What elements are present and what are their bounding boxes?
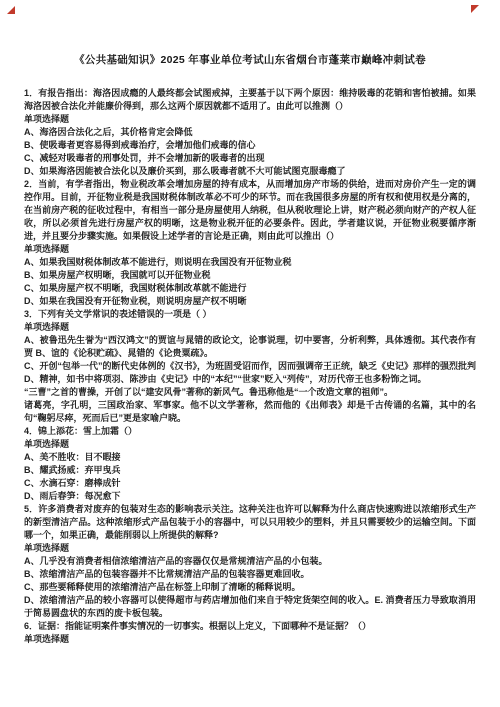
question-option: A、海洛因合法化之后，其价格肯定会降低 — [24, 126, 476, 139]
question-type-label: 单项选择题 — [24, 113, 476, 126]
question-block-6: 6．证据：指能证明案件事实情况的一切事实。根据以上定义，下面哪种不是证据？（） … — [24, 620, 476, 646]
question-option: 诸葛亮，字孔明，三国政治家、军事家。他不以文学著称，然而他的《出师表》却是千古传… — [24, 399, 476, 425]
question-stem: 6．证据：指能证明案件事实情况的一切事实。根据以上定义，下面哪种不是证据？（） — [24, 620, 476, 633]
question-option: D、如果在我国没有开征物业税，则说明房屋产权不明晰 — [24, 295, 476, 308]
question-block-5: 5．许多消费者对废弃的包装对生态的影响表示关注。这种关注也许可以解释为什么商店快… — [24, 503, 476, 620]
exam-paper-page: 《公共基础知识》2025 年事业单位考试山东省烟台市蓬莱市巅峰冲刺试卷 1．有报… — [0, 0, 500, 707]
question-option: D、雨后春笋：每况愈下 — [24, 490, 476, 503]
question-option: B、浓缩清洁产品的包装容器并不比常规清洁产品的包装容器更难回收。 — [24, 568, 476, 581]
question-option: A、美不胜收：目不暇接 — [24, 451, 476, 464]
question-type-label: 单项选择题 — [24, 633, 476, 646]
question-option: C、水滴石穿：磨棒成针 — [24, 477, 476, 490]
question-option: B、使吸毒者更容易得到戒毒治疗，会增加他们戒毒的信心 — [24, 139, 476, 152]
question-stem: 3．下列有关文学常识的表述错误的一项是（ ） — [24, 308, 476, 321]
question-type-label: 单项选择题 — [24, 438, 476, 451]
question-type-label: 单项选择题 — [24, 321, 476, 334]
question-option: C、那些要稀释使用的浓缩清洁产品在标签上印制了清晰的稀释说明。 — [24, 581, 476, 594]
page-title: 《公共基础知识》2025 年事业单位考试山东省烟台市蓬莱市巅峰冲刺试卷 — [0, 0, 500, 67]
question-block-3: 3．下列有关文学常识的表述错误的一项是（ ） 单项选择题 A、被鲁迅先生誉为“西… — [24, 308, 476, 425]
question-option: A、被鲁迅先生誉为“西汉鸿文”的贾谊与晁错的政论文，论事说理，切中要害，分析利弊… — [24, 334, 476, 360]
question-option: D、如果海洛因能被合法化以及廉价买到，那么吸毒者就不大可能试图克服毒瘾了 — [24, 165, 476, 178]
question-option: C、减轻对吸毒者的刑事处罚，并不会增加新的吸毒者的出现 — [24, 152, 476, 165]
exam-body: 1．有报告指出：海洛因成瘾的人最终都会试图戒掉，主要基于以下两个原因：维持吸毒的… — [24, 87, 476, 646]
question-option: D、浓缩清洁产品的较小容器可以使得超市与药店增加他们来自于特定货架空间的收入。E… — [24, 594, 476, 620]
question-block-2: 2．当前，有学者指出，物业税改革会增加房屋的持有成本，从而增加房产市场的供给，进… — [24, 178, 476, 308]
question-stem: 5．许多消费者对废弃的包装对生态的影响表示关注。这种关注也许可以解释为什么商店快… — [24, 503, 476, 542]
question-stem: 2．当前，有学者指出，物业税改革会增加房屋的持有成本，从而增加房产市场的供给，进… — [24, 178, 476, 243]
question-stem: 4．锦上添花：雪上加霜（） — [24, 425, 476, 438]
question-type-label: 单项选择题 — [24, 542, 476, 555]
red-corner-mark-right-icon — [471, 5, 479, 13]
question-block-4: 4．锦上添花：雪上加霜（） 单项选择题 A、美不胜收：目不暇接 B、耀武扬威：弃… — [24, 425, 476, 503]
question-option: C、开创“包举一代”的断代史体例的《汉书》，为班固受诏而作，因而强调帝王正统，缺… — [24, 360, 476, 373]
question-option: D、精神，如书中将项羽、陈涉由《史记》中的“本纪”“世家”贬入“列传”，对历代帝… — [24, 373, 476, 386]
question-type-label: 单项选择题 — [24, 243, 476, 256]
question-option: A、如果我国财税体制改革不能进行，则说明在我国没有开征物业税 — [24, 256, 476, 269]
question-option: C、如果房屋产权不明晰，我国财税体制改革就不能进行 — [24, 282, 476, 295]
question-option: “三曹”之首的曹操，开创了以“建安风骨”著称的新风气。鲁迅称他是“一个改造文章的… — [24, 386, 476, 399]
red-corner-mark-left-icon — [7, 6, 15, 14]
question-option: A、几乎没有消费者相信浓缩清洁产品的容器仅仅是常规清洁产品的小包装。 — [24, 555, 476, 568]
question-stem: 1．有报告指出：海洛因成瘾的人最终都会试图戒掉，主要基于以下两个原因：维持吸毒的… — [24, 87, 476, 113]
question-option: B、耀武扬威：弃甲曳兵 — [24, 464, 476, 477]
question-block-1: 1．有报告指出：海洛因成瘾的人最终都会试图戒掉，主要基于以下两个原因：维持吸毒的… — [24, 87, 476, 178]
question-option: B、如果房屋产权明晰，我国就可以开征物业税 — [24, 269, 476, 282]
